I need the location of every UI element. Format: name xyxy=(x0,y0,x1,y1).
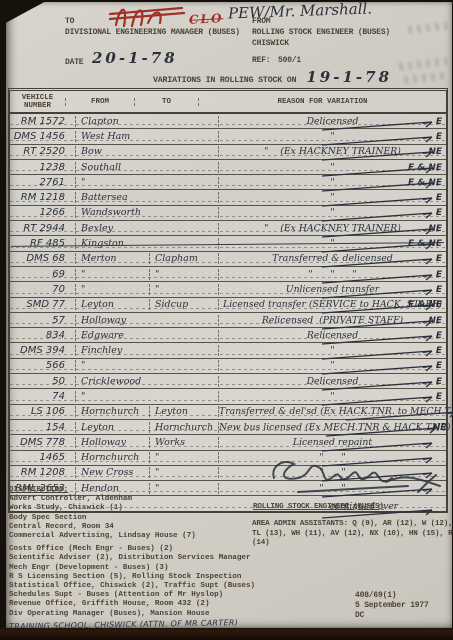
memo-title: VARIATIONS IN ROLLING STOCK ON xyxy=(153,76,296,86)
cell-vehicle: 1238 xyxy=(10,162,75,173)
memo-title-row: VARIATIONS IN ROLLING STOCK ON 19-1-78 xyxy=(153,68,392,86)
table-row: DMS 1456 West Ham " E xyxy=(10,129,446,144)
cell-vehicle: DMS 394 xyxy=(10,345,75,356)
to-label: TO xyxy=(65,17,74,27)
table-row: RF 485 Kingston " E & NE xyxy=(10,236,446,251)
cell-reason-wrap: New bus licensed (Ex MECH.TNR & HACK.TNR… xyxy=(218,422,450,433)
cell-from: Southall xyxy=(75,162,149,173)
cell-vehicle: RT 2944 xyxy=(10,223,75,234)
cell-reason-wrap: " (Ex HACKNEY TRAINER) NE xyxy=(218,223,446,234)
reference-date: 5 September 1977 xyxy=(355,601,429,611)
date-label: DATE xyxy=(65,58,83,68)
cell-to: " xyxy=(149,467,218,478)
cell-from: Hornchurch xyxy=(75,452,149,463)
header-vehicle-line1: VEHICLE xyxy=(10,94,65,102)
cell-from: Leyton xyxy=(75,299,149,310)
table-row: 50 Cricklewood Delicensed E xyxy=(10,374,446,389)
cell-from: " xyxy=(75,360,149,371)
cell-vehicle: RF 485 xyxy=(10,238,75,249)
distribution-list: Advert Controller, AldenhamWorks Study, … xyxy=(9,495,259,619)
from-value-line1: ROLLING STOCK ENGINEER (BUSES) xyxy=(252,28,390,38)
distribution-item: Body Spec Section xyxy=(9,514,259,523)
cell-vehicle: RT 2520 xyxy=(10,146,75,157)
cell-reason-wrap: " E xyxy=(218,391,446,402)
bleed-through-mark xyxy=(402,71,445,84)
cell-to: " xyxy=(149,284,218,295)
table-row: 70 " " Unlicensed transfer E xyxy=(10,282,446,297)
table-row: 1266 Wandsworth " E xyxy=(10,206,446,221)
cell-vehicle: 154 xyxy=(10,422,75,433)
distribution-item: Div Operating Manager (Buses), Mansion H… xyxy=(9,610,259,619)
bleed-through-mark xyxy=(398,57,449,71)
cell-from: Holloway xyxy=(75,315,149,326)
memo-title-date: 19-1-78 xyxy=(306,68,392,86)
cell-vehicle: 1266 xyxy=(10,207,75,218)
table-row: RM 1218 Battersea " E xyxy=(10,190,446,205)
cell-vehicle: LS 106 xyxy=(10,406,75,417)
table-row: DMS 68 Merton Clapham Transferred & deli… xyxy=(10,252,446,267)
cell-reason-wrap: Relicensed (PRIVATE STAFF) NE xyxy=(218,315,446,326)
memo-page: CLO PEW/Mr. Marshall. TO DIVISIONAL ENGI… xyxy=(6,2,452,628)
cell-reason-wrap: Transferred & delicensed E xyxy=(218,253,446,264)
date-value: 20-1-78 xyxy=(92,49,178,67)
distribution-item: Central Record, Room 34 xyxy=(9,523,259,532)
cell-from: Battersea xyxy=(75,192,149,203)
header-reason: REASON FOR VARIATION xyxy=(198,98,446,106)
cell-from: Finchley xyxy=(75,345,149,356)
table-row: 834 Edgware Relicensed E xyxy=(10,328,446,343)
cell-vehicle: 70 xyxy=(10,284,75,295)
cell-reason-wrap: Delicensed E xyxy=(218,376,446,387)
cell-vehicle: RM 1208 xyxy=(10,467,75,478)
cell-from: Clapton xyxy=(75,116,149,127)
distribution-section: DISTRIBUTION: Advert Controller, Aldenha… xyxy=(9,486,259,629)
cell-vehicle: DMS 1456 xyxy=(10,131,75,142)
cell-from: " xyxy=(75,177,149,188)
cell-vehicle: SMD 77 xyxy=(10,299,75,310)
cell-from: Bexley xyxy=(75,223,149,234)
cell-reason-wrap: Unlicensed transfer E xyxy=(218,284,446,295)
cell-vehicle: 2761 xyxy=(10,177,75,188)
cell-vehicle: 74 xyxy=(10,391,75,402)
cell-from: " xyxy=(75,284,149,295)
table-row: 566 " " E xyxy=(10,359,446,374)
header-to: TO xyxy=(134,98,198,106)
reference-block: 408/69(1) 5 September 1977 DC xyxy=(355,591,429,621)
distribution-item: Mech Engr (Development - Buses) (3) xyxy=(9,564,259,573)
distribution-item: R S Licensing Section (5), Rolling Stock… xyxy=(9,573,259,582)
cell-from: Kingston xyxy=(75,238,149,249)
cell-reason-wrap: Licensed repaint xyxy=(218,437,446,448)
distribution-item: Works Study, Chiswick (1) xyxy=(9,504,259,513)
distribution-item: Commercial Advertising, Lindsay House (7… xyxy=(9,532,259,541)
ref-label: REF: xyxy=(252,56,270,66)
reference-number: 408/69(1) xyxy=(355,591,429,601)
distribution-item: Statistical Office, Chiswick (2), Traffi… xyxy=(9,582,259,591)
cell-from: New Cross xyxy=(75,467,149,478)
cell-from: Wandsworth xyxy=(75,207,149,218)
cell-vehicle: 69 xyxy=(10,269,75,280)
distribution-handwritten-item: TRAINING SCHOOL, CHISWICK (ATTN. OF MR C… xyxy=(9,618,259,631)
cell-from: Leyton xyxy=(75,422,149,433)
cell-reason-wrap: " E & NE xyxy=(218,238,446,249)
cell-vehicle: 1465 xyxy=(10,452,75,463)
cell-reason-wrap: " E & NE xyxy=(218,162,446,173)
cell-from: West Ham xyxy=(75,131,149,142)
cell-reason-wrap: " E xyxy=(218,131,446,142)
cell-to: Sidcup xyxy=(149,299,218,310)
table-header-row: VEHICLE NUMBER FROM TO REASON FOR VARIAT… xyxy=(10,91,446,114)
table-row: RT 2944 Bexley " (Ex HACKNEY TRAINER) NE xyxy=(10,221,446,236)
cell-vehicle: 566 xyxy=(10,360,75,371)
cell-reason-wrap: Delicensed E xyxy=(218,116,446,127)
cell-to: " xyxy=(149,452,218,463)
cell-from: Bow xyxy=(75,146,149,157)
cell-from: Hornchurch xyxy=(75,406,149,417)
table-row: 154 Leyton Hornchurch New bus licensed (… xyxy=(10,420,446,435)
scanned-memo-photo: CLO PEW/Mr. Marshall. TO DIVISIONAL ENGI… xyxy=(0,0,453,640)
table-row: DMS 394 Finchley " E xyxy=(10,343,446,358)
from-value-line2: CHISWICK xyxy=(252,39,289,49)
header-from: FROM xyxy=(65,98,134,106)
distribution-item: Revenue Office, Griffith House, Room 432… xyxy=(9,600,259,609)
cell-vehicle: RM 1572 xyxy=(10,116,75,127)
table-row: RM 1572 Clapton Delicensed E xyxy=(10,114,446,129)
cell-reason-wrap: Transferred & del'sd (Ex HACK.TNR. to ME… xyxy=(218,406,453,417)
area-admin-assistants: AREA ADMIN ASSISTANTS: Q (9), AR (12), W… xyxy=(252,520,453,549)
cell-reason-wrap: " E xyxy=(218,192,446,203)
table-row: 2761 " " E & NE xyxy=(10,175,446,190)
table-row: 1238 Southall " E & NE xyxy=(10,160,446,175)
distribution-title: DISTRIBUTION: xyxy=(9,486,259,495)
cell-to: " xyxy=(149,269,218,280)
cell-vehicle: DMS 778 xyxy=(10,437,75,448)
cell-from: Holloway xyxy=(75,437,149,448)
cell-reason-wrap: Licensed transfer (SERVICE to HACK. STAF… xyxy=(218,299,446,310)
cell-vehicle: RM 1218 xyxy=(10,192,75,203)
cell-to: Works xyxy=(149,437,218,448)
signature-label: ROLLING STOCK ENGINEER (BUSES) xyxy=(253,502,384,512)
cell-to: Clapham xyxy=(149,253,218,264)
red-scrawl-text: CLO xyxy=(189,11,224,27)
signature xyxy=(268,448,448,500)
table-row: 69 " " " " " E xyxy=(10,267,446,282)
cell-vehicle: 834 xyxy=(10,330,75,341)
cell-to: Hornchurch xyxy=(149,422,218,433)
cell-vehicle: DMS 68 xyxy=(10,253,75,264)
distribution-item: Advert Controller, Aldenham xyxy=(9,495,259,504)
distribution-item: Costs Office (Mech Engr - Buses) (2) xyxy=(9,545,259,554)
table-row: SMD 77 Leyton Sidcup Licensed transfer (… xyxy=(10,298,446,313)
header-vehicle-number: VEHICLE NUMBER xyxy=(10,94,65,110)
reference-initials: DC xyxy=(355,611,429,621)
cell-reason-wrap: " E xyxy=(218,360,446,371)
cell-reason-wrap: " (Ex HACKNEY TRAINER) NE xyxy=(218,146,446,157)
cell-vehicle: 50 xyxy=(10,376,75,387)
table-row: RT 2520 Bow " (Ex HACKNEY TRAINER) NE xyxy=(10,145,446,160)
cell-from: Merton xyxy=(75,253,149,264)
routing-annotation: PEW/Mr. Marshall. xyxy=(228,0,373,23)
table-row: 74 " " E xyxy=(10,389,446,404)
cell-reason-wrap: " E xyxy=(218,207,446,218)
cell-reason-wrap: " E xyxy=(218,345,446,356)
table-row: LS 106 Hornchurch Leyton Transferred & d… xyxy=(10,405,446,420)
header-vehicle-line2: NUMBER xyxy=(10,102,65,110)
cell-reason-wrap: " E & NE xyxy=(218,177,446,188)
table-row: 57 Holloway Relicensed (PRIVATE STAFF) N… xyxy=(10,313,446,328)
distribution-item: Scientific Adviser (2), Distribution Ser… xyxy=(9,554,259,563)
cell-vehicle: 57 xyxy=(10,315,75,326)
cell-reason-wrap: " " " E xyxy=(218,269,446,280)
ref-value: 500/1 xyxy=(278,56,301,66)
cell-from: Edgware xyxy=(75,330,149,341)
cell-reason-wrap: Relicensed E xyxy=(218,330,446,341)
bleed-through-mark xyxy=(404,21,449,34)
cell-from: " xyxy=(75,269,149,280)
distribution-item: Schedules Supt - Buses (Attention of Mr … xyxy=(9,591,259,600)
cell-from: " xyxy=(75,391,149,402)
cell-from: Cricklewood xyxy=(75,376,149,387)
cell-to: Leyton xyxy=(149,406,218,417)
